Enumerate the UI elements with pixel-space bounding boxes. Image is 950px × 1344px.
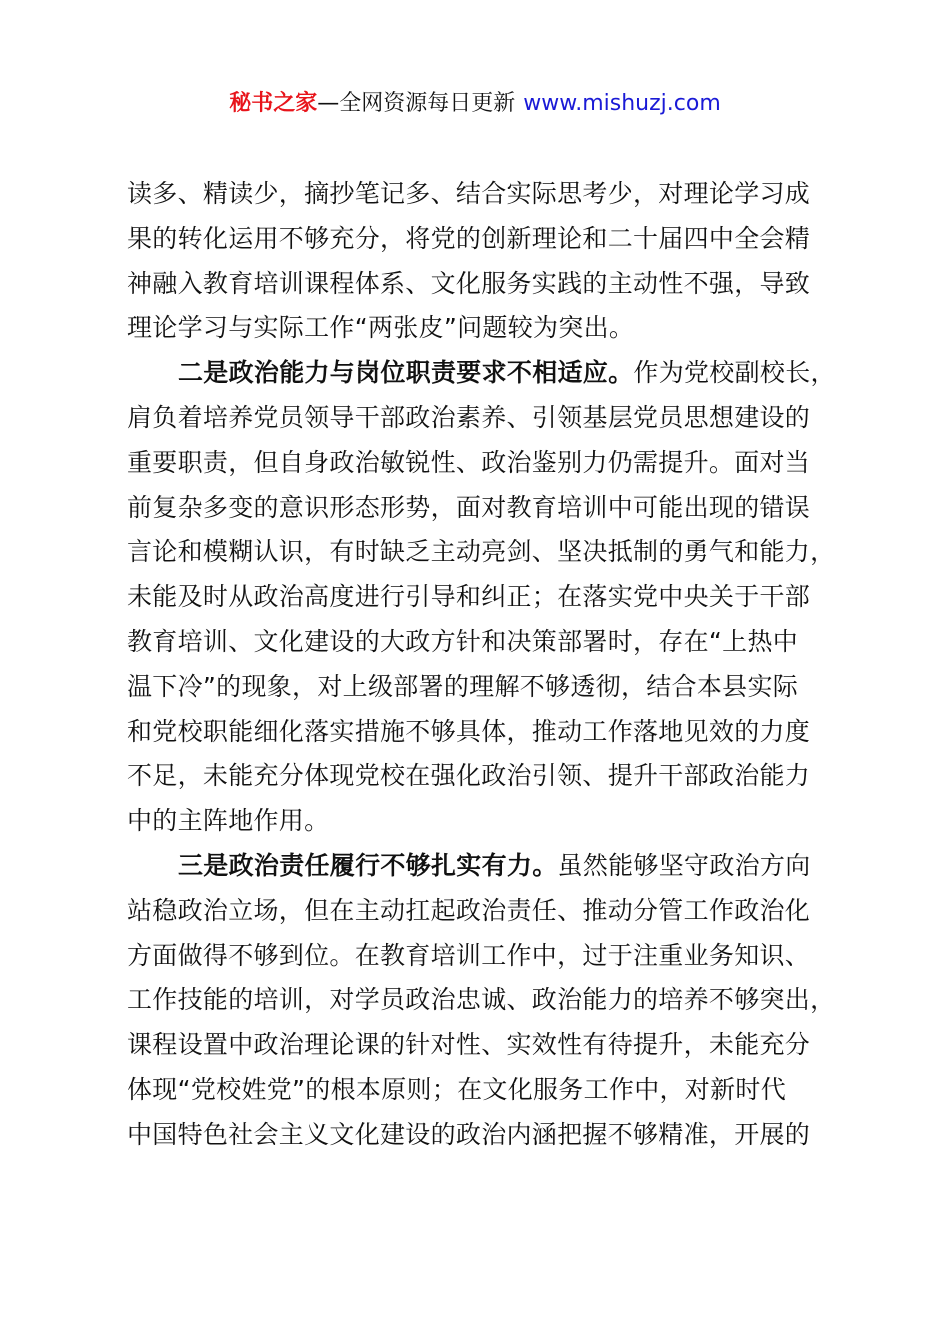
header-slogan: —全网资源每日更新 — [317, 91, 515, 116]
text-line: 神融入教育培训课程体系、文化服务实践的主动性不强，导致 — [127, 262, 837, 307]
text-line: 和党校职能细化落实措施不够具体，推动工作落地见效的力度 — [127, 710, 837, 755]
text-line: 课程设置中政治理论课的针对性、实效性有待提升，未能充分 — [127, 1023, 837, 1068]
line-text: 重要职责，但自身政治敏锐性、政治鉴别力仍需提升。面对当 — [127, 448, 810, 477]
text-line: 肩负着培养党员领导干部政治素养、引领基层党员思想建设的 — [127, 396, 837, 441]
text-line: 工作技能的培训，对学员政治忠诚、政治能力的培养不够突出， — [127, 978, 837, 1023]
text-line: 教育培训、文化建设的大政方针和决策部署时，存在“上热中 — [127, 620, 837, 665]
text-line: 前复杂多变的意识形态形势，面对教育培训中可能出现的错误 — [127, 486, 837, 531]
line-text: 温下冷”的现象，对上级部署的理解不够透彻，结合本县实际 — [127, 672, 798, 701]
line-text: 言论和模糊认识，有时缺乏主动亮剑、坚决抵制的勇气和能力， — [127, 537, 835, 566]
line-text: 和党校职能细化落实措施不够具体，推动工作落地见效的力度 — [127, 717, 810, 746]
text-line: 未能及时从政治高度进行引导和纠正；在落实党中央关于干部 — [127, 575, 837, 620]
line-text: 课程设置中政治理论课的针对性、实效性有待提升，未能充分 — [127, 1030, 810, 1059]
line-text: 中国特色社会主义文化建设的政治内涵把握不够精准，开展的 — [127, 1120, 810, 1149]
text-line: 果的转化运用不够充分，将党的创新理论和二十届四中全会精 — [127, 217, 837, 262]
line-text: 前复杂多变的意识形态形势，面对教育培训中可能出现的错误 — [127, 493, 810, 522]
text-line: 言论和模糊认识，有时缺乏主动亮剑、坚决抵制的勇气和能力， — [127, 530, 837, 575]
line-text: 读多、精读少，摘抄笔记多、结合实际思考少，对理论学习成 — [127, 179, 810, 208]
text-line: 中国特色社会主义文化建设的政治内涵把握不够精准，开展的 — [127, 1113, 837, 1158]
line-text: 站稳政治立场，但在主动扛起政治责任、推动分管工作政治化 — [127, 896, 810, 925]
line-text: 未能及时从政治高度进行引导和纠正；在落实党中央关于干部 — [127, 582, 810, 611]
text-line: 温下冷”的现象，对上级部署的理解不够透彻，结合本县实际 — [127, 665, 837, 710]
text-line: 理论学习与实际工作“两张皮”问题较为突出。 — [127, 306, 837, 351]
text-line: 不足，未能充分体现党校在强化政治引领、提升干部政治能力 — [127, 754, 837, 799]
line-text: 神融入教育培训课程体系、文化服务实践的主动性不强，导致 — [127, 269, 810, 298]
line-text: 体现“党校姓党”的根本原则；在文化服务工作中，对新时代 — [127, 1075, 786, 1104]
text-line: 重要职责，但自身政治敏锐性、政治鉴别力仍需提升。面对当 — [127, 441, 837, 486]
section-heading-2: 二是政治能力与岗位职责要求不相适应。 — [178, 358, 633, 387]
line-text: 工作技能的培训，对学员政治忠诚、政治能力的培养不够突出， — [127, 985, 835, 1014]
line-text: 理论学习与实际工作“两张皮”问题较为突出。 — [127, 313, 634, 342]
line-text: 中的主阵地作用。 — [127, 806, 329, 835]
brand-name: 秘书之家 — [229, 91, 317, 116]
text-line: 方面做得不够到位。在教育培训工作中，过于注重业务知识、 — [127, 934, 837, 979]
text-line: 中的主阵地作用。 — [127, 799, 837, 844]
paragraph-heading-line: 三是政治责任履行不够扎实有力。虽然能够坚守政治方向 — [127, 844, 837, 889]
line-text: 虽然能够坚守政治方向 — [558, 851, 811, 880]
document-body: 读多、精读少，摘抄笔记多、结合实际思考少，对理论学习成 果的转化运用不够充分，将… — [127, 172, 837, 1158]
line-text: 不足，未能充分体现党校在强化政治引领、提升干部政治能力 — [127, 761, 810, 790]
line-text: 果的转化运用不够充分，将党的创新理论和二十届四中全会精 — [127, 224, 810, 253]
line-text: 教育培训、文化建设的大政方针和决策部署时，存在“上热中 — [127, 627, 798, 656]
line-text: 肩负着培养党员领导干部政治素养、引领基层党员思想建设的 — [127, 403, 810, 432]
text-line: 读多、精读少，摘抄笔记多、结合实际思考少，对理论学习成 — [127, 172, 837, 217]
text-line: 站稳政治立场，但在主动扛起政治责任、推动分管工作政治化 — [127, 889, 837, 934]
text-line: 体现“党校姓党”的根本原则；在文化服务工作中，对新时代 — [127, 1068, 837, 1113]
paragraph-heading-line: 二是政治能力与岗位职责要求不相适应。作为党校副校长， — [127, 351, 837, 396]
line-text: 方面做得不够到位。在教育培训工作中，过于注重业务知识、 — [127, 941, 810, 970]
line-text: 作为党校副校长， — [633, 358, 835, 387]
page-header: 秘书之家—全网资源每日更新www.mishuzj.com — [0, 88, 950, 120]
website-link[interactable]: www.mishuzj.com — [523, 91, 720, 116]
section-heading-3: 三是政治责任履行不够扎实有力。 — [178, 851, 558, 880]
